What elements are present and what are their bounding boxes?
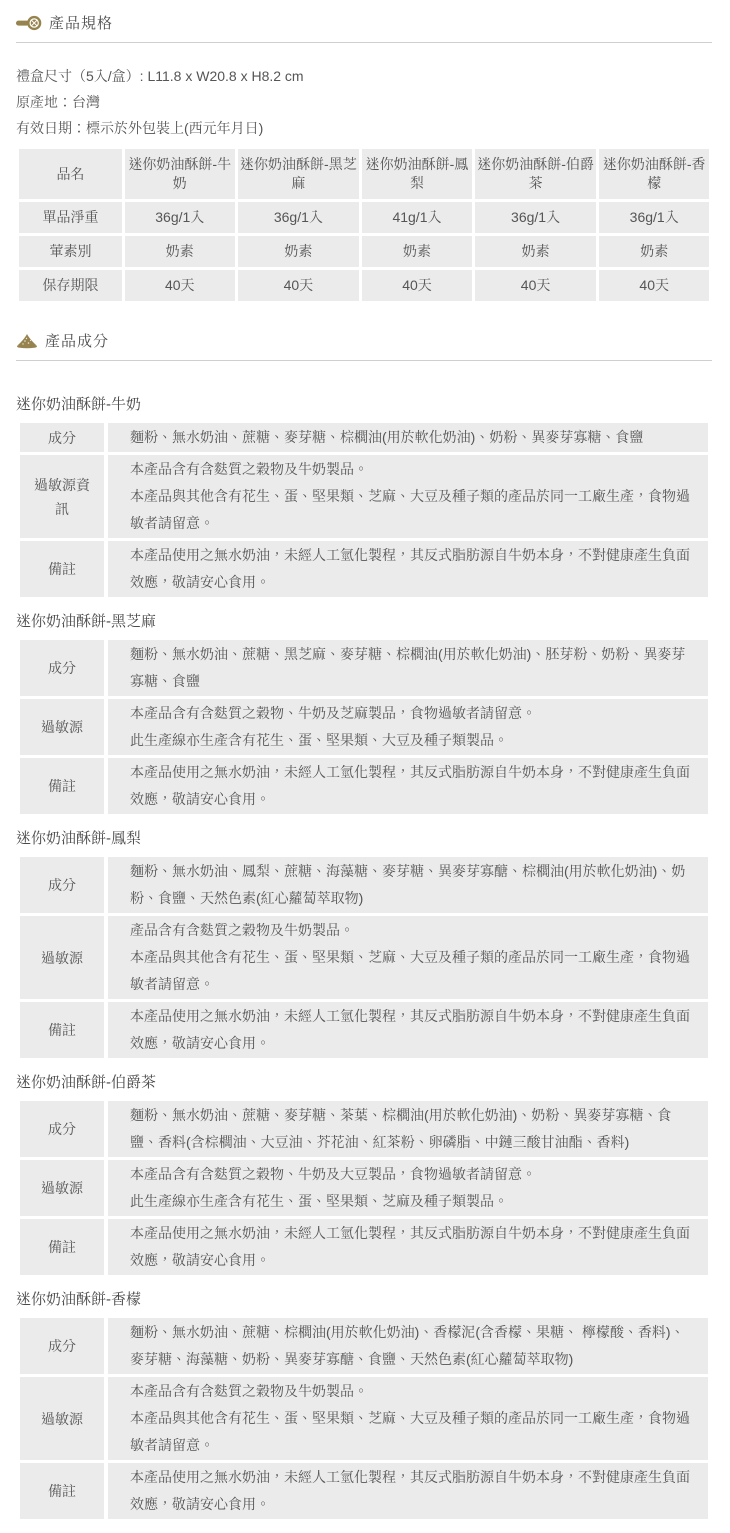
row-value-cell: 產品含有含麩質之穀物及牛奶製品。 本產品與其他含有花生、蛋、堅果類、芝麻、大豆及… bbox=[108, 916, 708, 999]
row-value-cell: 麵粉、無水奶油、蔗糖、棕櫚油(用於軟化奶油)、香檬泥(含香檬、果糖、 檸檬酸、香… bbox=[108, 1318, 708, 1374]
table-row: 備註 本產品使用之無水奶油，未經人工氫化製程，其反式脂肪源自牛奶本身，不對健康產… bbox=[20, 541, 708, 597]
row-value-cell: 本產品含有含麩質之穀物、牛奶及大豆製品，食物過敏者請留意。 此生產線亦生產含有花… bbox=[108, 1160, 708, 1216]
spec-cell: 40天 bbox=[362, 270, 472, 301]
row-label-cell: 成分 bbox=[20, 640, 104, 696]
spec-cell: 奶素 bbox=[362, 236, 472, 267]
row-value-cell: 麵粉、無水奶油、蔗糖、黑芝麻、麥芽糖、棕櫚油(用於軟化奶油)、胚芽粉、奶粉、異麥… bbox=[108, 640, 708, 696]
table-row: 過敏源 本產品含有含麩質之穀物、牛奶及芝麻製品，食物過敏者請留意。 此生產線亦生… bbox=[20, 699, 708, 755]
table-row: 成分 麵粉、無水奶油、蔗糖、黑芝麻、麥芽糖、棕櫚油(用於軟化奶油)、胚芽粉、奶粉… bbox=[20, 640, 708, 696]
table-row: 備註 本產品使用之無水奶油，未經人工氫化製程，其反式脂肪源自牛奶本身，不對健康產… bbox=[20, 1002, 708, 1058]
row-value-cell: 本產品使用之無水奶油，未經人工氫化製程，其反式脂肪源自牛奶本身，不對健康產生負面… bbox=[108, 1463, 708, 1519]
row-label-cell: 備註 bbox=[20, 541, 104, 597]
row-label-cell: 過敏源 bbox=[20, 1160, 104, 1216]
product-title: 迷你奶油酥餅-牛奶 bbox=[16, 393, 712, 414]
product-block: 迷你奶油酥餅-香檬 成分 麵粉、無水奶油、蔗糖、棕櫚油(用於軟化奶油)、香檬泥(… bbox=[16, 1288, 712, 1522]
spec-cell: 40天 bbox=[599, 270, 709, 301]
spec-row-label: 葷素別 bbox=[19, 236, 122, 267]
spec-cell: 迷你奶油酥餅-伯爵茶 bbox=[475, 149, 597, 199]
table-row: 成分 麵粉、無水奶油、蔗糖、麥芽糖、棕櫚油(用於軟化奶油)、奶粉、異麥芽寡糖、食… bbox=[20, 423, 708, 452]
spec-cell: 36g/1入 bbox=[125, 202, 235, 233]
table-row: 備註 本產品使用之無水奶油，未經人工氫化製程，其反式脂肪源自牛奶本身，不對健康產… bbox=[20, 1219, 708, 1275]
spec-cell: 41g/1入 bbox=[362, 202, 472, 233]
spec-cell: 奶素 bbox=[238, 236, 360, 267]
spec-section-title: 產品規格 bbox=[49, 12, 113, 33]
row-value-cell: 本產品含有含麩質之穀物及牛奶製品。 本產品與其他含有花生、蛋、堅果類、芝麻、大豆… bbox=[108, 455, 708, 538]
ingredient-table: 成分 麵粉、無水奶油、蔗糖、黑芝麻、麥芽糖、棕櫚油(用於軟化奶油)、胚芽粉、奶粉… bbox=[16, 637, 712, 817]
row-label-cell: 成分 bbox=[20, 1101, 104, 1157]
spec-cell: 迷你奶油酥餅-鳳梨 bbox=[362, 149, 472, 199]
product-title: 迷你奶油酥餅-黑芝麻 bbox=[16, 610, 712, 631]
table-row: 葷素別 奶素 奶素 奶素 奶素 奶素 bbox=[19, 236, 709, 267]
row-label-cell: 過敏源 bbox=[20, 916, 104, 999]
row-label-cell: 備註 bbox=[20, 1219, 104, 1275]
ingredient-table: 成分 麵粉、無水奶油、蔗糖、麥芽糖、茶葉、棕櫚油(用於軟化奶油)、奶粉、異麥芽寡… bbox=[16, 1098, 712, 1278]
row-value-cell: 本產品使用之無水奶油，未經人工氫化製程，其反式脂肪源自牛奶本身，不對健康產生負面… bbox=[108, 1219, 708, 1275]
spec-cell: 36g/1入 bbox=[238, 202, 360, 233]
ingredient-table: 成分 麵粉、無水奶油、蔗糖、棕櫚油(用於軟化奶油)、香檬泥(含香檬、果糖、 檸檬… bbox=[16, 1315, 712, 1522]
product-title: 迷你奶油酥餅-伯爵茶 bbox=[16, 1071, 712, 1092]
spec-cell: 迷你奶油酥餅-牛奶 bbox=[125, 149, 235, 199]
row-value-cell: 本產品含有含麩質之穀物、牛奶及芝麻製品，食物過敏者請留意。 此生產線亦生產含有花… bbox=[108, 699, 708, 755]
row-value-cell: 麵粉、無水奶油、鳳梨、蔗糖、海藻糖、麥芽糖、異麥芽寡醣、棕櫚油(用於軟化奶油)、… bbox=[108, 857, 708, 913]
spec-table: 品名 迷你奶油酥餅-牛奶 迷你奶油酥餅-黑芝麻 迷你奶油酥餅-鳳梨 迷你奶油酥餅… bbox=[16, 146, 712, 304]
row-value-cell: 本產品使用之無水奶油，未經人工氫化製程，其反式脂肪源自牛奶本身，不對健康產生負面… bbox=[108, 758, 708, 814]
table-row: 過敏源 產品含有含麩質之穀物及牛奶製品。 本產品與其他含有花生、蛋、堅果類、芝麻… bbox=[20, 916, 708, 999]
row-label-cell: 過敏源資訊 bbox=[20, 455, 104, 538]
spec-cell: 36g/1入 bbox=[599, 202, 709, 233]
spec-cell: 36g/1入 bbox=[475, 202, 597, 233]
giftbox-size-line: 禮盒尺寸（5入/盒）: L11.8 x W20.8 x H8.2 cm bbox=[16, 68, 712, 84]
ingredient-table: 成分 麵粉、無水奶油、蔗糖、麥芽糖、棕櫚油(用於軟化奶油)、奶粉、異麥芽寡糖、食… bbox=[16, 420, 712, 600]
spec-cell: 40天 bbox=[238, 270, 360, 301]
spec-cell: 奶素 bbox=[125, 236, 235, 267]
row-label-cell: 成分 bbox=[20, 423, 104, 452]
row-value-cell: 麵粉、無水奶油、蔗糖、麥芽糖、棕櫚油(用於軟化奶油)、奶粉、異麥芽寡糖、食鹽 bbox=[108, 423, 708, 452]
table-row: 單品淨重 36g/1入 36g/1入 41g/1入 36g/1入 36g/1入 bbox=[19, 202, 709, 233]
origin-line: 原產地：台灣 bbox=[16, 94, 712, 110]
table-row: 過敏源 本產品含有含麩質之穀物、牛奶及大豆製品，食物過敏者請留意。 此生產線亦生… bbox=[20, 1160, 708, 1216]
spec-cell: 40天 bbox=[125, 270, 235, 301]
spec-cell: 40天 bbox=[475, 270, 597, 301]
spec-cell: 奶素 bbox=[475, 236, 597, 267]
product-title: 迷你奶油酥餅-鳳梨 bbox=[16, 827, 712, 848]
row-label-cell: 備註 bbox=[20, 1463, 104, 1519]
row-label-cell: 成分 bbox=[20, 1318, 104, 1374]
table-row: 保存期限 40天 40天 40天 40天 40天 bbox=[19, 270, 709, 301]
product-block: 迷你奶油酥餅-伯爵茶 成分 麵粉、無水奶油、蔗糖、麥芽糖、茶葉、棕櫚油(用於軟化… bbox=[16, 1071, 712, 1278]
ingredients-section-header: 產品成分 bbox=[16, 330, 712, 351]
ingredient-table: 成分 麵粉、無水奶油、鳳梨、蔗糖、海藻糖、麥芽糖、異麥芽寡醣、棕櫚油(用於軟化奶… bbox=[16, 854, 712, 1061]
ingredients-section-title: 產品成分 bbox=[45, 330, 109, 351]
row-label-cell: 備註 bbox=[20, 1002, 104, 1058]
table-row: 成分 麵粉、無水奶油、蔗糖、棕櫚油(用於軟化奶油)、香檬泥(含香檬、果糖、 檸檬… bbox=[20, 1318, 708, 1374]
table-row: 備註 本產品使用之無水奶油，未經人工氫化製程，其反式脂肪源自牛奶本身，不對健康產… bbox=[20, 758, 708, 814]
table-row: 過敏源資訊 本產品含有含麩質之穀物及牛奶製品。 本產品與其他含有花生、蛋、堅果類… bbox=[20, 455, 708, 538]
table-row: 成分 麵粉、無水奶油、鳳梨、蔗糖、海藻糖、麥芽糖、異麥芽寡醣、棕櫚油(用於軟化奶… bbox=[20, 857, 708, 913]
table-row: 過敏源 本產品含有含麩質之穀物及牛奶製品。 本產品與其他含有花生、蛋、堅果類、芝… bbox=[20, 1377, 708, 1460]
product-title: 迷你奶油酥餅-香檬 bbox=[16, 1288, 712, 1309]
spec-cell: 迷你奶油酥餅-黑芝麻 bbox=[238, 149, 360, 199]
spec-cell: 奶素 bbox=[599, 236, 709, 267]
row-label-cell: 過敏源 bbox=[20, 699, 104, 755]
spec-info-lines: 禮盒尺寸（5入/盒）: L11.8 x W20.8 x H8.2 cm 原產地：… bbox=[16, 68, 712, 136]
table-row: 品名 迷你奶油酥餅-牛奶 迷你奶油酥餅-黑芝麻 迷你奶油酥餅-鳳梨 迷你奶油酥餅… bbox=[19, 149, 709, 199]
row-value-cell: 本產品使用之無水奶油，未經人工氫化製程，其反式脂肪源自牛奶本身，不對健康產生負面… bbox=[108, 541, 708, 597]
table-row: 備註 本產品使用之無水奶油，未經人工氫化製程，其反式脂肪源自牛奶本身，不對健康產… bbox=[20, 1463, 708, 1519]
row-label-cell: 成分 bbox=[20, 857, 104, 913]
product-block: 迷你奶油酥餅-鳳梨 成分 麵粉、無水奶油、鳳梨、蔗糖、海藻糖、麥芽糖、異麥芽寡醣… bbox=[16, 827, 712, 1061]
row-value-cell: 本產品含有含麩質之穀物及牛奶製品。 本產品與其他含有花生、蛋、堅果類、芝麻、大豆… bbox=[108, 1377, 708, 1460]
spec-row-label: 保存期限 bbox=[19, 270, 122, 301]
row-label-cell: 備註 bbox=[20, 758, 104, 814]
spec-row-label: 單品淨重 bbox=[19, 202, 122, 233]
section-divider bbox=[16, 42, 712, 43]
expiry-line: 有效日期：標示於外包裝上(西元年月日) bbox=[16, 120, 712, 136]
row-value-cell: 本產品使用之無水奶油，未經人工氫化製程，其反式脂肪源自牛奶本身，不對健康產生負面… bbox=[108, 1002, 708, 1058]
table-row: 成分 麵粉、無水奶油、蔗糖、麥芽糖、茶葉、棕櫚油(用於軟化奶油)、奶粉、異麥芽寡… bbox=[20, 1101, 708, 1157]
spec-cell: 迷你奶油酥餅-香檬 bbox=[599, 149, 709, 199]
row-value-cell: 麵粉、無水奶油、蔗糖、麥芽糖、茶葉、棕櫚油(用於軟化奶油)、奶粉、異麥芽寡糖、食… bbox=[108, 1101, 708, 1157]
powder-pile-icon bbox=[16, 333, 38, 349]
row-label-cell: 過敏源 bbox=[20, 1377, 104, 1460]
product-block: 迷你奶油酥餅-黑芝麻 成分 麵粉、無水奶油、蔗糖、黑芝麻、麥芽糖、棕櫚油(用於軟… bbox=[16, 610, 712, 817]
spec-row-label: 品名 bbox=[19, 149, 122, 199]
cookie-paddle-icon bbox=[16, 15, 42, 31]
spec-section-header: 產品規格 bbox=[16, 12, 712, 33]
product-spec-page: 產品規格 禮盒尺寸（5入/盒）: L11.8 x W20.8 x H8.2 cm… bbox=[0, 0, 730, 1533]
product-block: 迷你奶油酥餅-牛奶 成分 麵粉、無水奶油、蔗糖、麥芽糖、棕櫚油(用於軟化奶油)、… bbox=[16, 393, 712, 600]
